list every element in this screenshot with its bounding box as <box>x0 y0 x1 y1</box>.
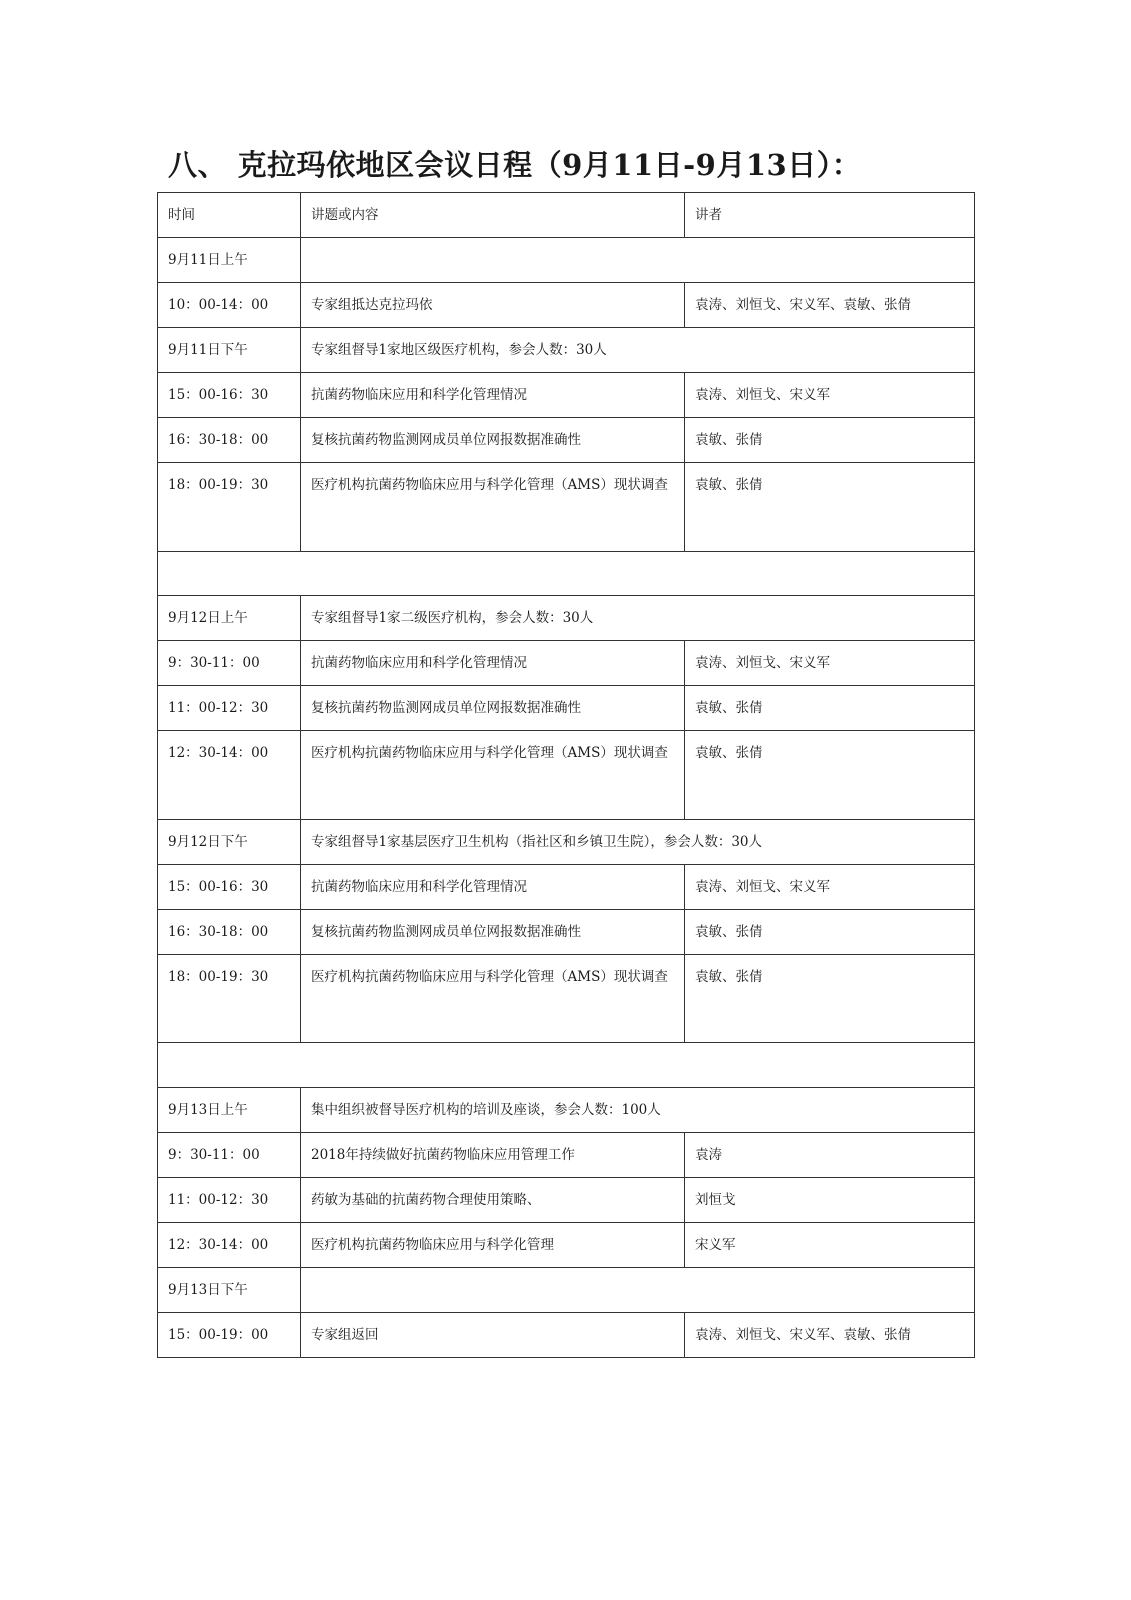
blank-row <box>158 1043 975 1088</box>
time-cell: 16：30-18：00 <box>158 418 301 463</box>
section-content <box>301 238 975 283</box>
section-time: 9月13日下午 <box>158 1267 301 1312</box>
table-row: 18：00-19：30医疗机构抗菌药物临床应用与科学化管理（AMS）现状调查袁敏… <box>158 463 975 552</box>
section-time: 9月11日上午 <box>158 238 301 283</box>
time-cell: 11：00-12：30 <box>158 1177 301 1222</box>
table-row: 10：00-14：00专家组抵达克拉玛依袁涛、刘恒戈、宋义军、袁敏、张倩 <box>158 283 975 328</box>
speaker-cell: 袁涛、刘恒戈、宋义军 <box>685 864 975 909</box>
time-cell: 16：30-18：00 <box>158 909 301 954</box>
table-row: 15：00-16：30抗菌药物临床应用和科学化管理情况袁涛、刘恒戈、宋义军 <box>158 373 975 418</box>
speaker-cell: 袁敏、张倩 <box>685 731 975 820</box>
schedule-table: 时间 讲题或内容 讲者 9月11日上午10：00-14：00专家组抵达克拉玛依袁… <box>157 192 975 1358</box>
section-time: 9月12日上午 <box>158 596 301 641</box>
section-row: 9月11日下午专家组督导1家地区级医疗机构，参会人数：30人 <box>158 328 975 373</box>
topic-cell: 复核抗菌药物监测网成员单位网报数据准确性 <box>301 418 685 463</box>
speaker-cell: 袁涛、刘恒戈、宋义军、袁敏、张倩 <box>685 1312 975 1357</box>
time-cell: 18：00-19：30 <box>158 954 301 1043</box>
time-cell: 9：30-11：00 <box>158 641 301 686</box>
page-title: 八、 克拉玛依地区会议日程（9月11日-9月13日）： <box>168 143 861 184</box>
topic-cell: 医疗机构抗菌药物临床应用与科学化管理（AMS）现状调查 <box>301 954 685 1043</box>
topic-cell: 医疗机构抗菌药物临床应用与科学化管理 <box>301 1222 685 1267</box>
table-header-row: 时间 讲题或内容 讲者 <box>158 193 975 238</box>
topic-cell: 专家组返回 <box>301 1312 685 1357</box>
topic-cell: 药敏为基础的抗菌药物合理使用策略、 <box>301 1177 685 1222</box>
time-cell: 11：00-12：30 <box>158 686 301 731</box>
table-row: 16：30-18：00复核抗菌药物监测网成员单位网报数据准确性袁敏、张倩 <box>158 418 975 463</box>
table-row: 18：00-19：30医疗机构抗菌药物临床应用与科学化管理（AMS）现状调查袁敏… <box>158 954 975 1043</box>
section-content: 集中组织被督导医疗机构的培训及座谈，参会人数：100人 <box>301 1087 975 1132</box>
speaker-cell: 袁敏、张倩 <box>685 686 975 731</box>
section-row: 9月11日上午 <box>158 238 975 283</box>
topic-cell: 抗菌药物临床应用和科学化管理情况 <box>301 864 685 909</box>
speaker-cell: 刘恒戈 <box>685 1177 975 1222</box>
section-content: 专家组督导1家二级医疗机构，参会人数：30人 <box>301 596 975 641</box>
header-speaker: 讲者 <box>685 193 975 238</box>
blank-cell <box>158 551 975 596</box>
section-row: 9月13日下午 <box>158 1267 975 1312</box>
topic-cell: 专家组抵达克拉玛依 <box>301 283 685 328</box>
time-cell: 15：00-19：00 <box>158 1312 301 1357</box>
speaker-cell: 袁敏、张倩 <box>685 954 975 1043</box>
time-cell: 12：30-14：00 <box>158 1222 301 1267</box>
section-row: 9月13日上午集中组织被督导医疗机构的培训及座谈，参会人数：100人 <box>158 1087 975 1132</box>
speaker-cell: 袁涛 <box>685 1132 975 1177</box>
blank-cell <box>158 1043 975 1088</box>
speaker-cell: 宋义军 <box>685 1222 975 1267</box>
section-time: 9月13日上午 <box>158 1087 301 1132</box>
topic-cell: 抗菌药物临床应用和科学化管理情况 <box>301 373 685 418</box>
topic-cell: 2018年持续做好抗菌药物临床应用管理工作 <box>301 1132 685 1177</box>
speaker-cell: 袁涛、刘恒戈、宋义军、袁敏、张倩 <box>685 283 975 328</box>
time-cell: 12：30-14：00 <box>158 731 301 820</box>
time-cell: 9：30-11：00 <box>158 1132 301 1177</box>
section-content: 专家组督导1家地区级医疗机构，参会人数：30人 <box>301 328 975 373</box>
table-row: 9：30-11：00抗菌药物临床应用和科学化管理情况袁涛、刘恒戈、宋义军 <box>158 641 975 686</box>
table-row: 12：30-14：00医疗机构抗菌药物临床应用与科学化管理宋义军 <box>158 1222 975 1267</box>
section-row: 9月12日上午专家组督导1家二级医疗机构，参会人数：30人 <box>158 596 975 641</box>
table-row: 16：30-18：00复核抗菌药物监测网成员单位网报数据准确性袁敏、张倩 <box>158 909 975 954</box>
speaker-cell: 袁涛、刘恒戈、宋义军 <box>685 373 975 418</box>
section-content: 专家组督导1家基层医疗卫生机构（指社区和乡镇卫生院），参会人数：30人 <box>301 819 975 864</box>
speaker-cell: 袁敏、张倩 <box>685 463 975 552</box>
topic-cell: 复核抗菌药物监测网成员单位网报数据准确性 <box>301 686 685 731</box>
section-content <box>301 1267 975 1312</box>
table-row: 11：00-12：30复核抗菌药物监测网成员单位网报数据准确性袁敏、张倩 <box>158 686 975 731</box>
speaker-cell: 袁敏、张倩 <box>685 418 975 463</box>
topic-cell: 复核抗菌药物监测网成员单位网报数据准确性 <box>301 909 685 954</box>
header-time: 时间 <box>158 193 301 238</box>
table-row: 12：30-14：00医疗机构抗菌药物临床应用与科学化管理（AMS）现状调查袁敏… <box>158 731 975 820</box>
time-cell: 15：00-16：30 <box>158 373 301 418</box>
table-row: 15：00-16：30抗菌药物临床应用和科学化管理情况袁涛、刘恒戈、宋义军 <box>158 864 975 909</box>
time-cell: 10：00-14：00 <box>158 283 301 328</box>
topic-cell: 抗菌药物临床应用和科学化管理情况 <box>301 641 685 686</box>
table-row: 11：00-12：30药敏为基础的抗菌药物合理使用策略、刘恒戈 <box>158 1177 975 1222</box>
time-cell: 18：00-19：30 <box>158 463 301 552</box>
speaker-cell: 袁涛、刘恒戈、宋义军 <box>685 641 975 686</box>
topic-cell: 医疗机构抗菌药物临床应用与科学化管理（AMS）现状调查 <box>301 731 685 820</box>
header-topic: 讲题或内容 <box>301 193 685 238</box>
time-cell: 15：00-16：30 <box>158 864 301 909</box>
blank-row <box>158 551 975 596</box>
section-time: 9月11日下午 <box>158 328 301 373</box>
topic-cell: 医疗机构抗菌药物临床应用与科学化管理（AMS）现状调查 <box>301 463 685 552</box>
section-time: 9月12日下午 <box>158 819 301 864</box>
section-row: 9月12日下午专家组督导1家基层医疗卫生机构（指社区和乡镇卫生院），参会人数：3… <box>158 819 975 864</box>
speaker-cell: 袁敏、张倩 <box>685 909 975 954</box>
table-row: 15：00-19：00专家组返回袁涛、刘恒戈、宋义军、袁敏、张倩 <box>158 1312 975 1357</box>
table-row: 9：30-11：002018年持续做好抗菌药物临床应用管理工作袁涛 <box>158 1132 975 1177</box>
